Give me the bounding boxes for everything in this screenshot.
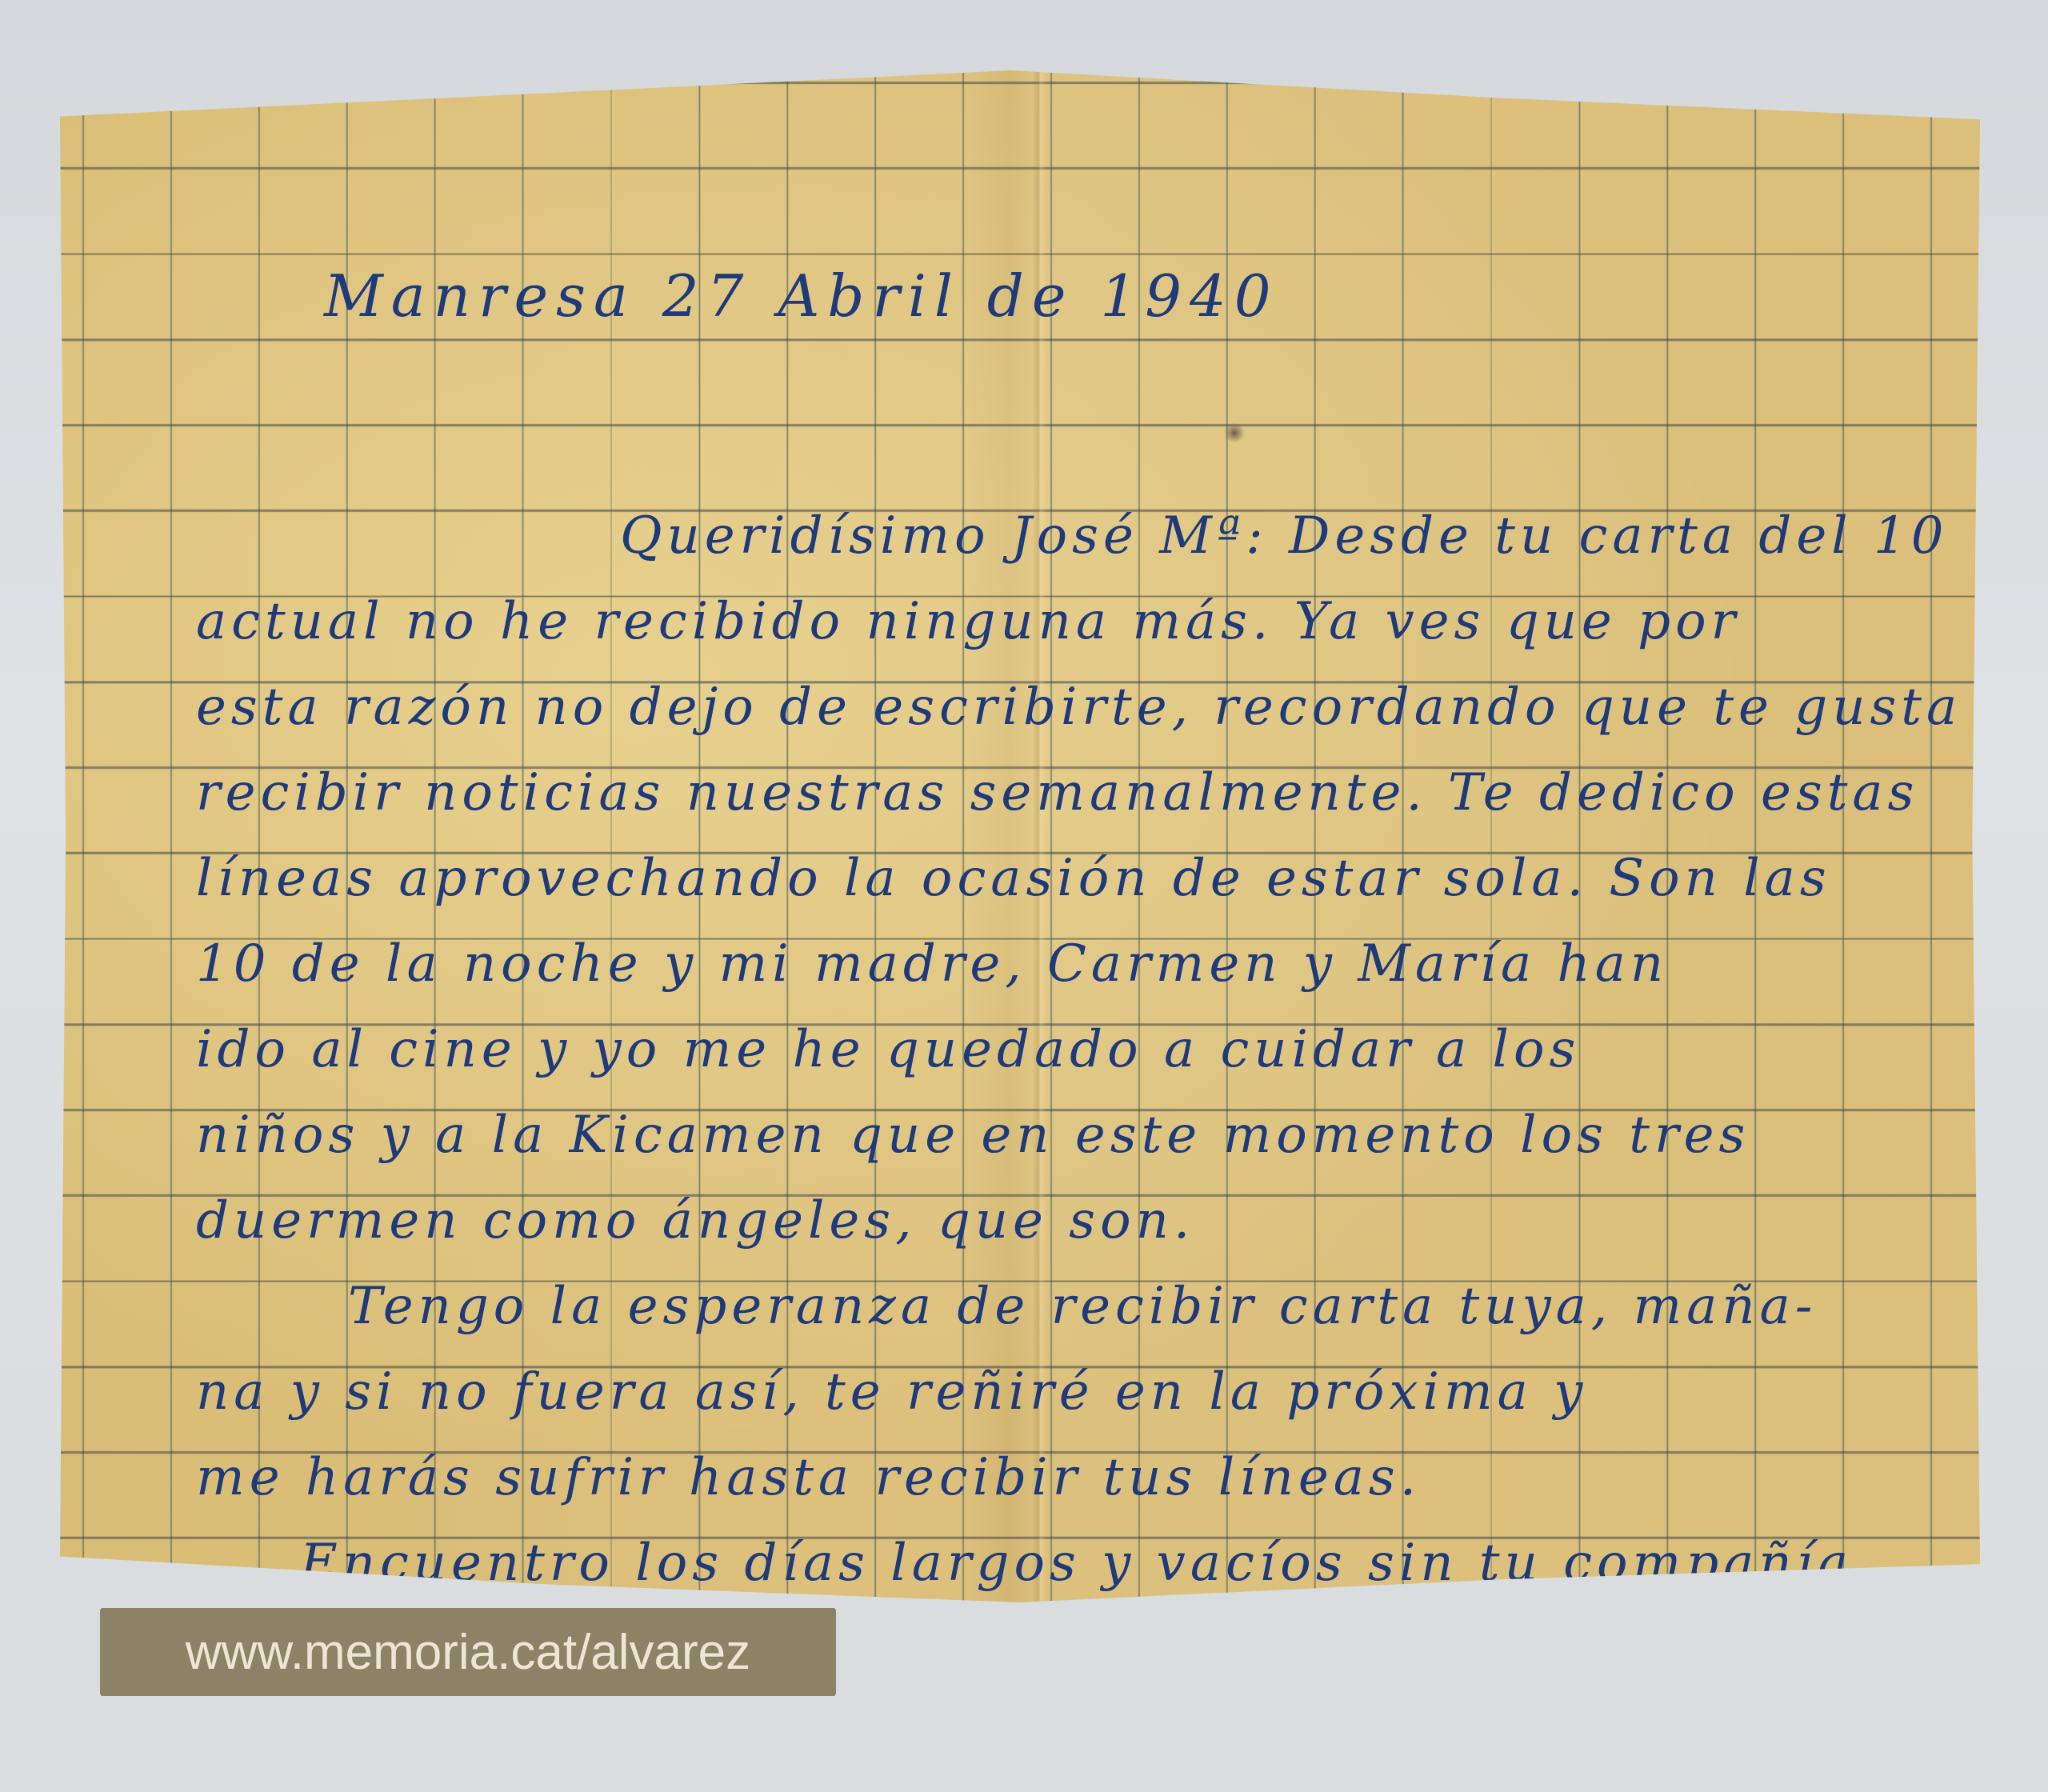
letter-line-7: ido al cine y yo me he quedado a cuidar … (196, 1020, 1580, 1079)
letter-line-1: Queridísimo José Mª: Desde tu carta del … (620, 506, 1948, 566)
letter-line-3: esta razón no dejo de escribirte, record… (196, 678, 1962, 737)
letter-line-6: 10 de la noche y mi madre, Carmen y Marí… (196, 934, 1668, 994)
letter-line-9: duermen como ángeles, que son. (196, 1191, 1194, 1250)
letter-line-5: líneas aprovechando la ocasión de estar … (196, 849, 1831, 908)
letter-line-8: niños y a la Kicamen que en este momento… (196, 1106, 1750, 1165)
letter-paper: Manresa 27 Abril de 1940 Queridísimo Jos… (60, 70, 1980, 1602)
letter-line-2: actual no he recibido ninguna más. Ya ve… (196, 592, 1740, 651)
watermark-url: www.memoria.cat/alvarez (100, 1608, 836, 1696)
letter-line-11: na y si no fuera así, te reñiré en la pr… (196, 1362, 1587, 1422)
letter-line-13: Encuentro los días largos y vacíos sin t… (300, 1534, 1853, 1593)
letter-date-line: Manresa 27 Abril de 1940 (324, 262, 1279, 330)
ink-spot (1224, 422, 1245, 443)
letter-line-10: Tengo la esperanza de recibir carta tuya… (348, 1277, 1817, 1336)
letter-line-4: recibir noticias nuestras semanalmente. … (196, 763, 1918, 822)
letter-line-12: me harás sufrir hasta recibir tus líneas… (196, 1448, 1421, 1507)
